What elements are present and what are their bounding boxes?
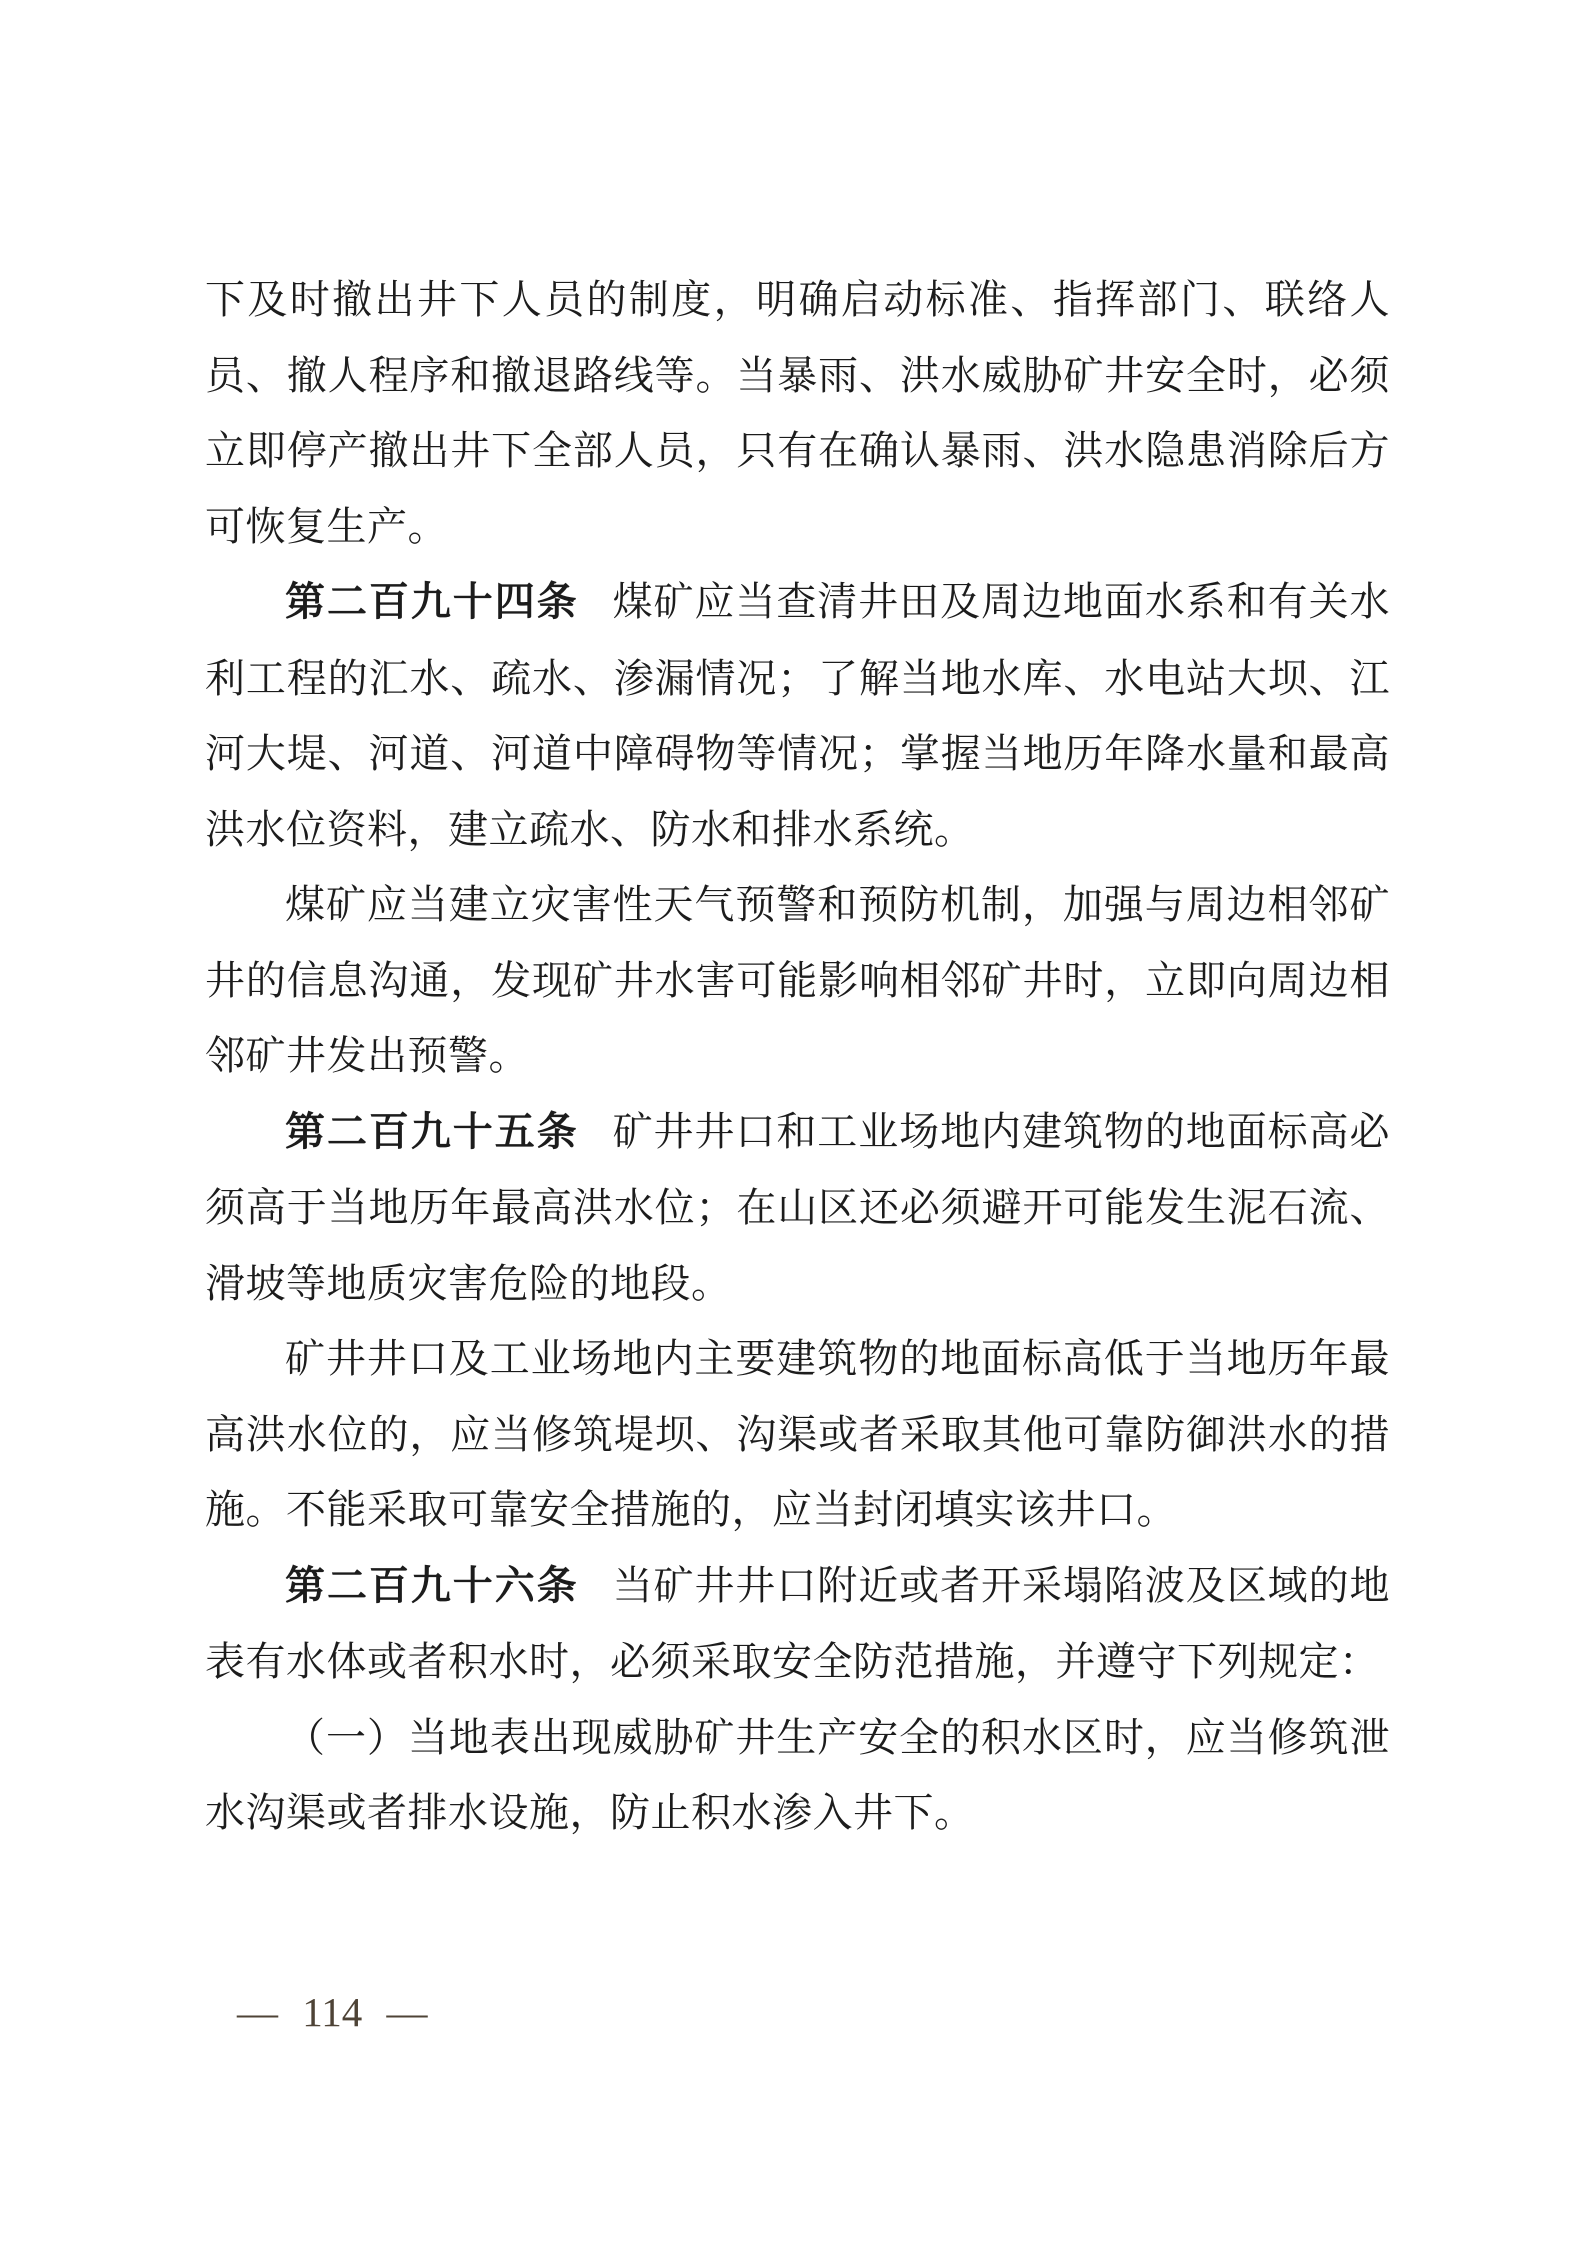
document-page: 下及时撤出井下人员的制度，明确启动标准、指挥部门、联络人员、撤人程序和撤退路线等… <box>0 0 1587 2245</box>
page-number: — 114 — <box>237 1992 427 2033</box>
article-paragraph-296: 第二百九十六条当矿井井口附近或者开采塌陷波及区域的地表有水体或者积水时，必须采取… <box>205 1548 1390 1700</box>
paragraph-elevation-measures: 矿井井口及工业场地内主要建筑物的地面标高低于当地历年最高洪水位的，应当修筑堤坝、… <box>205 1321 1390 1548</box>
article-number-295: 第二百九十五条 <box>285 1110 579 1154</box>
article-number-294: 第二百九十四条 <box>285 580 579 624</box>
article-paragraph-295: 第二百九十五条矿井井口和工业场地内建筑物的地面标高必须高于当地历年最高洪水位；在… <box>205 1094 1390 1322</box>
article-number-296: 第二百九十六条 <box>285 1564 579 1608</box>
paragraph-continuation: 下及时撤出井下人员的制度，明确启动标准、指挥部门、联络人员、撤人程序和撤退路线等… <box>205 262 1390 564</box>
paragraph-weather-warning: 煤矿应当建立灾害性天气预警和预防机制，加强与周边相邻矿井的信息沟通，发现矿井水害… <box>205 867 1390 1094</box>
page-body-text: 下及时撤出井下人员的制度，明确启动标准、指挥部门、联络人员、撤人程序和撤退路线等… <box>205 262 1390 1851</box>
article-paragraph-294: 第二百九十四条煤矿应当查清井田及周边地面水系和有关水利工程的汇水、疏水、渗漏情况… <box>205 564 1390 867</box>
paragraph-item-one: （一）当地表出现威胁矿井生产安全的积水区时，应当修筑泄水沟渠或者排水设施，防止积… <box>205 1700 1390 1851</box>
